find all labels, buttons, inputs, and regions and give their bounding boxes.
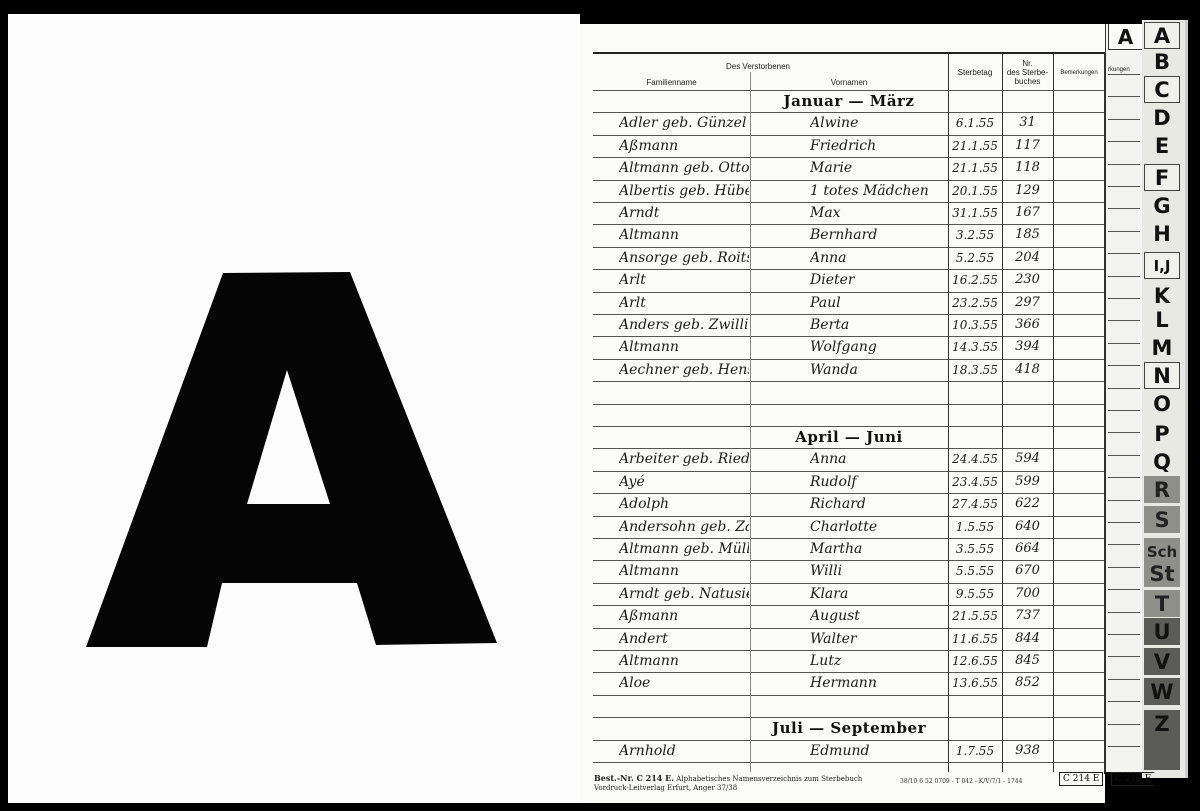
family-name-cell: Altmann [619,339,749,355]
death-date-cell: 6.1.55 [948,116,1002,130]
given-name-cell: Alwine [810,115,950,131]
given-name-cell: Klara [810,586,950,602]
death-date-cell: 20.1.55 [948,184,1002,198]
death-date-cell: 9.5.55 [948,587,1002,601]
given-name-cell: Max [810,205,950,221]
header-given-names: Vornamen [750,78,948,87]
index-tab-e[interactable]: E [1144,132,1180,159]
underlying-row-rule [1108,612,1140,613]
register-no-cell: 230 [1002,272,1053,287]
family-name-cell: Aßmann [619,608,749,624]
underlying-row-rule [1108,186,1140,187]
family-name-cell: Altmann [619,227,749,243]
row-rule [593,404,1105,405]
death-date-cell: 23.2.55 [948,296,1002,310]
underlying-form-code-box: C 214 E [1111,772,1154,786]
family-name-cell: Arbeiter geb. Riedel [619,451,749,467]
given-name-cell: Friedrich [810,138,950,154]
order-number: Best.-Nr. C 214 E. [594,773,674,783]
index-tab-u[interactable]: U [1144,618,1180,645]
divider-card-page: A [8,14,580,803]
death-date-cell: 11.6.55 [948,632,1002,646]
row-rule [593,135,1105,136]
family-name-cell: Aloe [619,675,749,691]
family-name-cell: Altmann [619,653,749,669]
register-no-cell: 167 [1002,205,1053,220]
given-name-cell: Anna [810,451,950,467]
column-divider [1002,54,1003,772]
top-rule [593,52,1105,54]
family-name-cell: Ansorge geb. Roitsch [619,250,749,266]
underlying-row-rule [1108,74,1140,75]
row-rule [593,202,1105,203]
row-rule [593,381,1105,382]
row-rule [593,650,1105,651]
header-group-label: Des Verstorbenen [593,62,923,71]
given-name-cell: 1 totes Mädchen [810,183,950,199]
index-tab-d[interactable]: D [1144,104,1180,131]
family-name-cell: Adolph [619,496,749,512]
given-name-cell: Richard [810,496,950,512]
publisher: Vordruck-Leitverlag Erfurt, Anger 37/38 [594,784,862,793]
index-tab-t[interactable]: T [1144,590,1180,617]
form-code-box: C 214 E [1059,772,1103,786]
index-tab-h[interactable]: H [1144,220,1180,247]
index-tab-n[interactable]: N [1144,362,1180,389]
header-register-no: Nr. des Sterbe- buches [1002,59,1053,86]
underlying-row-rule [1108,701,1140,702]
row-rule [593,717,1105,718]
index-tab-g[interactable]: G [1144,192,1180,219]
death-date-cell: 31.1.55 [948,206,1002,220]
register-no-cell: 594 [1002,451,1053,466]
column-divider [1053,54,1054,772]
family-name-cell: Arnhold [619,743,749,759]
register-no-cell: 622 [1002,496,1053,511]
underlying-row-rule [1108,96,1140,97]
death-date-cell: 1.7.55 [948,744,1002,758]
index-letter-a-glyph [8,14,580,803]
index-tab-b[interactable]: B [1144,48,1180,75]
underlying-row-rule [1108,343,1140,344]
death-date-cell: 1.5.55 [948,520,1002,534]
underlying-page-tab-letter: A [1108,24,1142,50]
given-name-cell: Charlotte [810,519,950,535]
death-date-cell: 3.2.55 [948,228,1002,242]
register-no-cell: 599 [1002,474,1053,489]
family-name-cell: Anders geb. Zwilling [619,317,749,333]
header-family-name: Familienname [593,78,750,87]
register-no-cell: 129 [1002,183,1053,198]
row-rule [593,336,1105,337]
index-tab-w[interactable]: W [1144,678,1180,705]
underlying-row-rule [1108,253,1140,254]
underlying-row-rule [1108,119,1140,120]
family-name-cell: Aßmann [619,138,749,154]
underlying-row-rule [1108,634,1140,635]
underlying-row-rule [1108,410,1140,411]
register-no-cell: 118 [1002,160,1053,175]
register-no-cell: 845 [1002,653,1053,668]
register-no-cell: 297 [1002,295,1053,310]
index-tab-z[interactable]: Z [1144,710,1180,770]
underlying-row-rule [1108,567,1140,568]
underlying-row-rule [1108,276,1140,277]
index-tab-l[interactable]: L [1144,306,1180,333]
given-name-cell: Hermann [810,675,950,691]
row-rule [593,560,1105,561]
register-no-cell: 394 [1002,339,1053,354]
print-code: 38/10 6 52 0709 - T 042 - K/V/7/1 - 1744 [900,778,1022,785]
row-rule [593,695,1105,696]
underlying-row-rule [1108,388,1140,389]
death-date-cell: 12.6.55 [948,654,1002,668]
given-name-cell: Rudolf [810,474,950,490]
death-date-cell: 13.6.55 [948,676,1002,690]
death-register-index-form: Des Verstorbenen Familienname Vornamen S… [593,52,1105,772]
index-tab-s[interactable]: S [1144,506,1180,533]
underlying-row-rule [1108,589,1140,590]
family-name-cell: Altmann geb. Müller [619,541,749,557]
given-name-cell: Anna [810,250,950,266]
row-rule [593,493,1105,494]
row-rule [593,157,1105,158]
register-no-cell: 418 [1002,362,1053,377]
index-tab-p[interactable]: P [1144,420,1180,447]
given-name-cell: Dieter [810,272,950,288]
register-no-cell: 640 [1002,519,1053,534]
form-imprint: Best.-Nr. C 214 E. Alphabetisches Namens… [594,774,862,793]
underlying-row-rule [1108,208,1140,209]
row-rule [593,359,1105,360]
death-date-cell: 21.5.55 [948,609,1002,623]
register-no-cell: 366 [1002,317,1053,332]
register-no-cell: 737 [1002,608,1053,623]
index-tab-m[interactable]: M [1144,334,1180,361]
death-date-cell: 5.2.55 [948,251,1002,265]
underlying-row-rule [1108,141,1140,142]
register-no-cell: 185 [1002,227,1053,242]
row-rule [593,672,1105,673]
index-tab-c[interactable]: C [1144,76,1180,103]
family-name-cell: Arndt [619,205,749,221]
underlying-row-rule [1108,477,1140,478]
death-date-cell: 23.4.55 [948,475,1002,489]
register-no-cell: 204 [1002,250,1053,265]
register-no-cell: 852 [1002,675,1053,690]
death-date-cell: 3.5.55 [948,542,1002,556]
row-rule [593,269,1105,270]
row-rule [593,740,1105,741]
family-name-cell: Ayé [619,474,749,490]
underlying-page-remarks-fragment: rkungen [1108,67,1130,73]
death-date-cell: 5.5.55 [948,564,1002,578]
given-name-cell: Willi [810,563,950,579]
family-name-cell: Altmann geb. Otto [619,160,749,176]
section-title: Januar — März [750,92,948,110]
underlying-row-rule [1108,298,1140,299]
family-name-cell: Arlt [619,272,749,288]
underlying-row-rule [1108,656,1140,657]
row-rule [593,247,1105,248]
underlying-row-rule [1108,544,1140,545]
register-no-cell: 700 [1002,586,1053,601]
family-name-cell: Andert [619,631,749,647]
death-date-cell: 16.2.55 [948,273,1002,287]
underlying-row-rule [1108,455,1140,456]
column-divider [948,54,949,772]
death-date-cell: 24.4.55 [948,452,1002,466]
row-rule [593,314,1105,315]
underlying-row-rule [1108,231,1140,232]
row-rule [593,224,1105,225]
death-date-cell: 21.1.55 [948,139,1002,153]
underlying-row-rule [1108,724,1140,725]
family-name-cell: Adler geb. Günzel [619,115,749,131]
header-death-date: Sterbetag [948,68,1002,77]
index-tab-a[interactable]: A [1144,22,1180,49]
family-name-cell: Aechner geb. Hensel [619,362,749,378]
family-name-cell: Arlt [619,295,749,311]
given-name-cell: Bernhard [810,227,950,243]
register-no-cell: 664 [1002,541,1053,556]
row-rule [593,583,1105,584]
row-rule [593,538,1105,539]
section-title: April — Juni [750,428,948,446]
family-name-cell: Altmann [619,563,749,579]
index-tab-o[interactable]: O [1144,390,1180,417]
given-name-cell: Wanda [810,362,950,378]
row-rule [593,90,1105,91]
header-remarks: Bemerkungen [1053,69,1105,78]
row-rule [593,292,1105,293]
index-tab-q[interactable]: Q [1144,448,1180,475]
given-name-cell: Lutz [810,653,950,669]
given-name-cell: Martha [810,541,950,557]
row-rule [593,471,1105,472]
index-tab-st[interactable]: St [1144,560,1180,587]
page-edge [1104,54,1105,774]
row-rule [593,448,1105,449]
underlying-row-rule [1108,522,1140,523]
form-title: Alphabetisches Namensverzeichnis zum Ste… [676,775,862,783]
alphabet-index-tabs: ABCDEFGHI,JKLMNOPQRSSchStTUVWZ [1142,20,1188,778]
row-rule [593,180,1105,181]
row-rule [593,762,1105,763]
register-no-cell: 117 [1002,138,1053,153]
death-date-cell: 27.4.55 [948,497,1002,511]
family-name-cell: Albertis geb. Hübe [619,183,749,199]
index-tab-k[interactable]: K [1144,282,1180,309]
underlying-row-rule [1108,320,1140,321]
given-name-cell: Wolfgang [810,339,950,355]
index-tab-f[interactable]: F [1144,164,1180,191]
row-rule [593,605,1105,606]
given-name-cell: Edmund [810,743,950,759]
death-date-cell: 14.3.55 [948,340,1002,354]
index-tab-r[interactable]: R [1144,476,1180,503]
underlying-row-rule [1108,500,1140,501]
column-divider [750,72,751,772]
section-title: Juli — September [750,719,948,737]
register-no-cell: 938 [1002,743,1053,758]
family-name-cell: Arndt geb. Natusiewitsch [619,586,749,602]
underlying-row-rule [1108,432,1140,433]
index-tab-ij[interactable]: I,J [1144,252,1180,279]
register-no-cell: 31 [1002,115,1053,130]
death-date-cell: 18.3.55 [948,363,1002,377]
given-name-cell: Berta [810,317,950,333]
given-name-cell: Walter [810,631,950,647]
death-date-cell: 21.1.55 [948,161,1002,175]
row-rule [593,516,1105,517]
index-tab-v[interactable]: V [1144,648,1180,675]
underlying-page-edge [1105,24,1142,772]
register-no-cell: 670 [1002,563,1053,578]
row-rule [593,426,1105,427]
given-name-cell: Marie [810,160,950,176]
given-name-cell: August [810,608,950,624]
given-name-cell: Paul [810,295,950,311]
underlying-row-rule [1108,679,1140,680]
underlying-row-rule [1108,746,1140,747]
row-rule [593,628,1105,629]
death-date-cell: 10.3.55 [948,318,1002,332]
underlying-row-rule [1108,365,1140,366]
register-no-cell: 844 [1002,631,1053,646]
underlying-row-rule [1108,164,1140,165]
family-name-cell: Andersohn geb. Zander [619,519,749,535]
row-rule [593,112,1105,113]
